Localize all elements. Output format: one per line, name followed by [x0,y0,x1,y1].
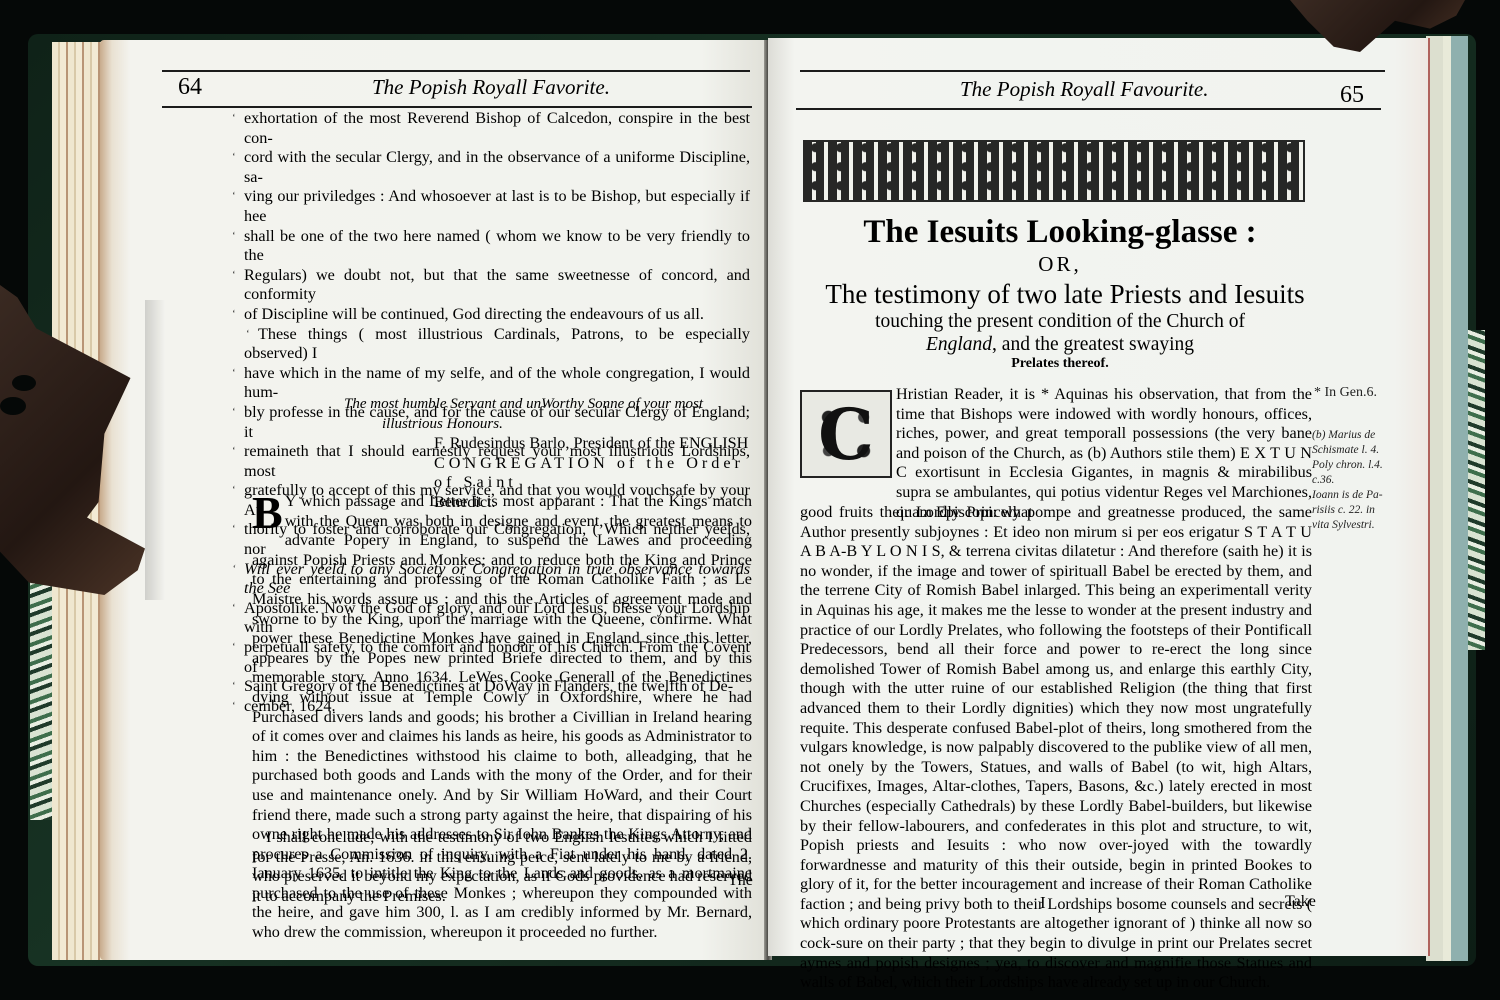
tract-subtitle-2: touching the present condition of the Ch… [790,311,1330,333]
tract-title-or: OR, [790,252,1330,277]
page-number: 65 [1340,82,1364,109]
ornamental-dropcap-c: C [800,390,892,478]
margin-note-b-line: Ioann is de Pa- [1312,488,1384,503]
quote-line: These things ( most illustrious Cardinal… [244,325,750,364]
closing-line: illustrious Honours. [344,415,744,435]
margin-note-b-line: Schismate l. 4. [1312,443,1384,458]
running-head: The Popish Royall Favorite. [372,75,610,100]
quote-line: ving our priviledges : And whosoever at … [244,187,750,226]
catchword-right: Take [1285,893,1316,911]
margin-note-b-line: risiis c. 22. in [1312,503,1384,518]
header-rule-top [162,70,750,72]
signature-mark: I [1040,893,1046,913]
quote-line: of Discipline will be continued, God dir… [244,305,750,325]
closing-line: The most humble Servant and unWorthy Son… [344,395,744,415]
quote-line: exhortation of the most Reverend Bishop … [244,109,750,148]
quote-line: shall be one of the two here named ( who… [244,227,750,266]
subtitle-3-rest: , and the greatest swaying [992,334,1194,355]
margin-note-a: * In Gen.6. [1314,385,1384,400]
catchword-left: The [728,872,753,890]
quote-line: cord with the secular Clergy, and in the… [244,148,750,187]
quote-line: Regulars) we doubt not, but that the sam… [244,266,750,305]
header-rule-bottom [162,106,752,108]
tract-subtitle-1: The testimony of two late Priests and Ie… [795,279,1335,310]
running-head: The Popish Royall Favourite. [960,77,1208,102]
margin-note-b-line: vita Sylvestri. [1312,518,1384,533]
signature-line: CONGREGATION of the Order of Saint [434,454,754,493]
opening-text: Hristian Reader, it is * Aquinas his obs… [896,385,1312,522]
margin-notes: * In Gen.6. (b) Marius de Schismate l. 4… [1312,385,1384,533]
clip-hole [12,375,36,391]
paragraph-2-text: I shall conclude, with the testimony of … [252,828,752,906]
tract-title: The Iesuits Looking-glasse : [790,214,1330,251]
margin-note-b-line: c.36. [1312,473,1384,488]
dropcap-b: B [252,494,283,532]
marbled-endpaper-right [1465,330,1485,650]
england-italic: England [926,334,992,355]
margin-note-b-line: Poly chron. l.4. [1312,458,1384,473]
body-text: good fruits their Lordly Princely pompe … [800,503,1312,993]
header-rule-top [800,70,1385,72]
header-rule-bottom [796,108,1381,110]
signature-line: F. Rudesindus Barlo, President of the EN… [434,434,754,454]
fleuron-band-icon [803,140,1305,202]
page-edges-right [1426,36,1468,961]
letter-closing: The most humble Servant and unWorthy Son… [344,395,744,434]
opening-paragraph: Hristian Reader, it is * Aquinas his obs… [896,385,1312,522]
page-number: 64 [178,74,202,101]
body-paragraph: good fruits their Lordly Princely pompe … [800,503,1312,993]
clip-hole [0,397,26,415]
paragraph-2: I shall conclude, with the testimony of … [252,828,752,906]
clip-shadow [145,300,165,600]
tract-subtitle-3: England, and the greatest swaying [790,334,1330,356]
tract-subtitle-4: Prelates thereof. [790,356,1330,372]
margin-note-b-line: (b) Marius de [1312,428,1384,443]
